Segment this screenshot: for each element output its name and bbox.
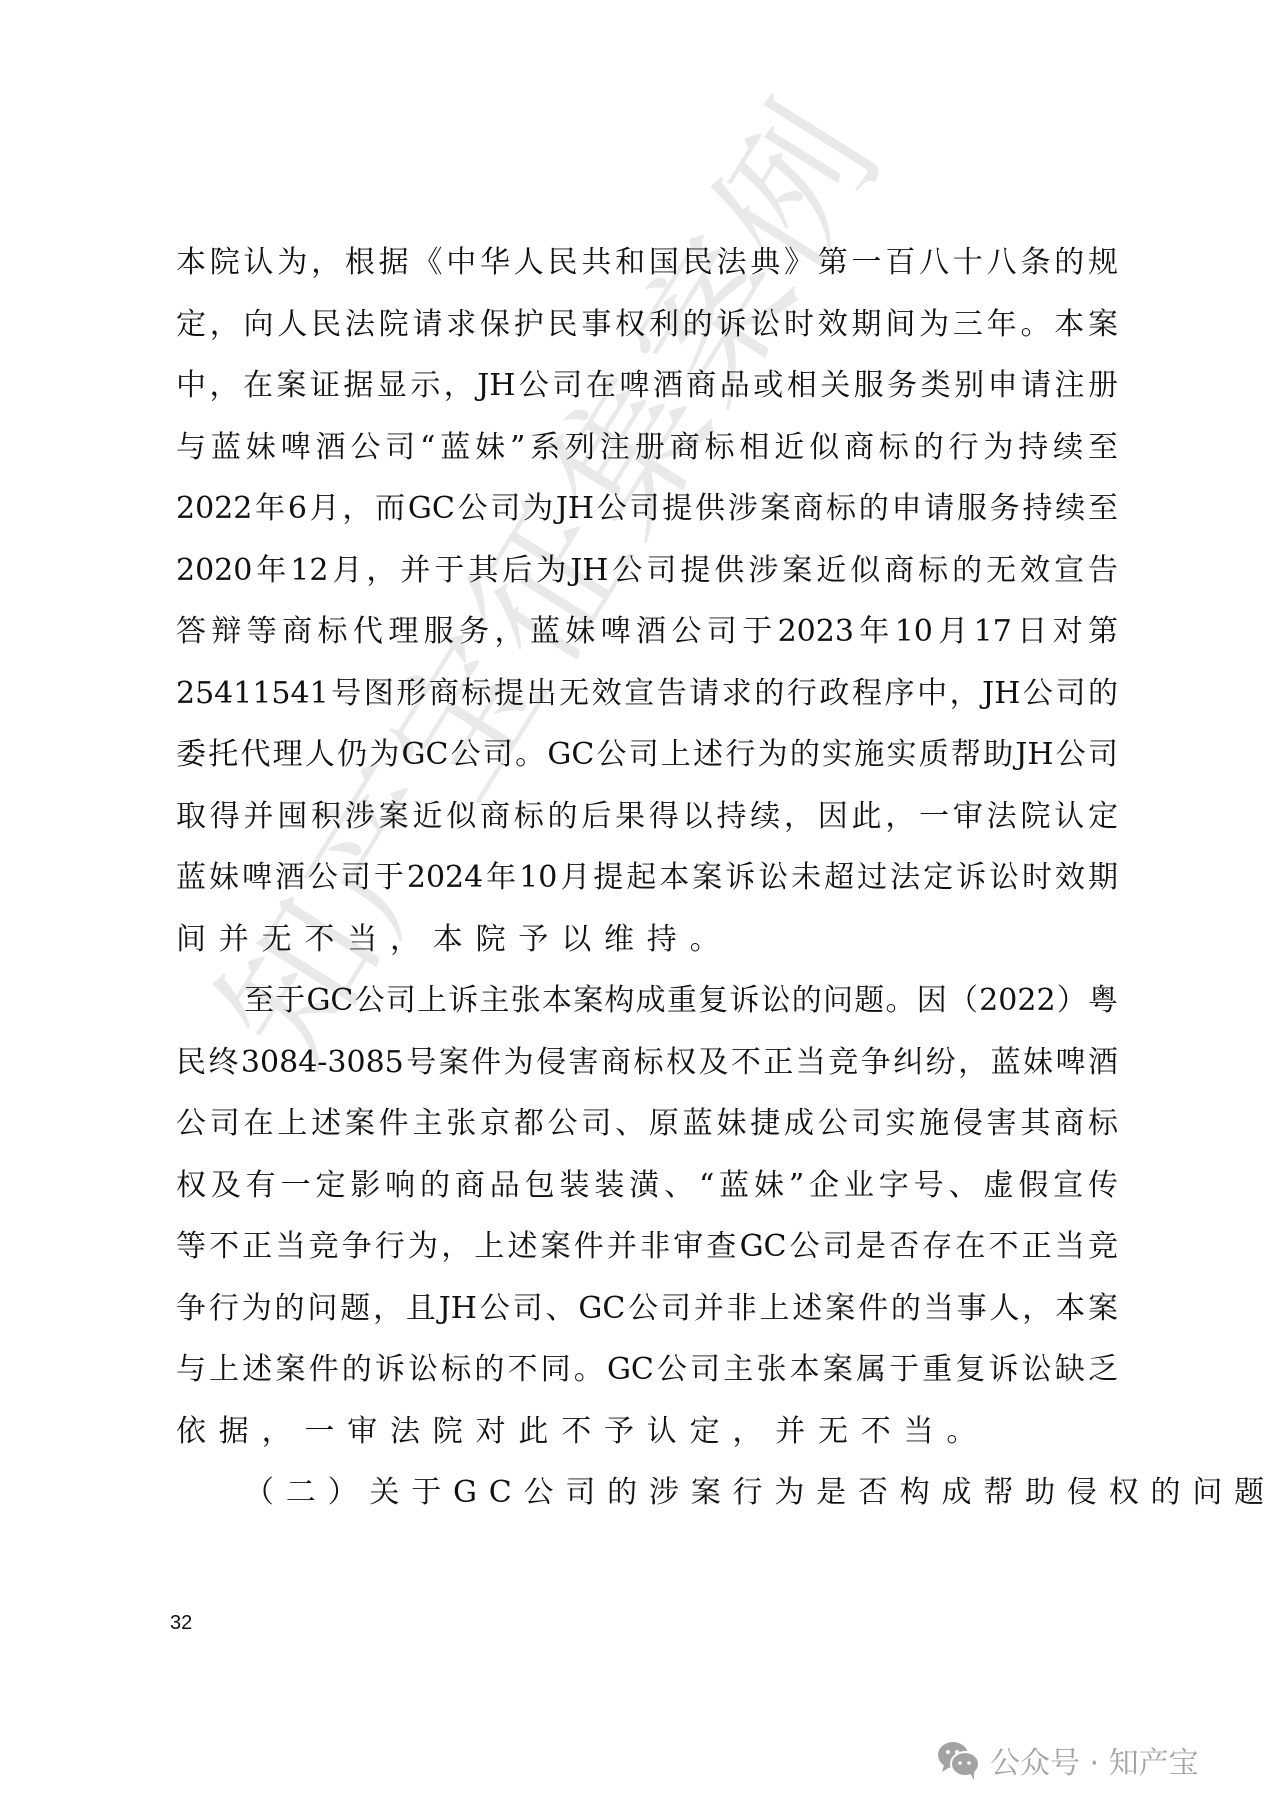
text-line: 2020年12月，并于其后为JH公司提供涉案近似商标的无效宣告 [176,540,1118,602]
document-page: 知产宝征集案例 本院认为，根据《中华人民共和国民法典》第一百八十八条的规 定，向… [0,0,1280,1810]
text-line: 权及有一定影响的商品包装装潢、“蓝妹”企业字号、虚假宣传 [176,1155,1118,1217]
text-line: 间并无不当，本院予以维持。 [176,909,1118,971]
text-line: 公司在上述案件主张京都公司、原蓝妹捷成公司实施侵害其商标 [176,1093,1118,1155]
text-line: 等不正当竞争行为，上述案件并非审查GC公司是否存在不正当竞 [176,1216,1118,1278]
text-line: 本院认为，根据《中华人民共和国民法典》第一百八十八条的规 [176,232,1118,294]
text-line: 定，向人民法院请求保护民事权利的诉讼时效期间为三年。本案 [176,294,1118,356]
footer-brand-text: 公众号 · 知产宝 [990,1738,1199,1782]
page-number: 32 [170,1612,192,1635]
section-heading: （二）关于GC公司的涉案行为是否构成帮助侵权的问题 [244,1462,1276,1524]
text-line: 25411541号图形商标提出无效宣告请求的行政程序中，JH公司的 [176,663,1118,725]
text-line: 2022年6月，而GC公司为JH公司提供涉案商标的申请服务持续至 [176,478,1118,540]
text-line: 答辩等商标代理服务，蓝妹啤酒公司于2023年10月17日对第 [176,601,1118,663]
text-line: 至于GC公司上诉主张本案构成重复诉讼的问题。因（2022）粤 [176,970,1118,1032]
text-line: 与蓝妹啤酒公司“蓝妹”系列注册商标相近似商标的行为持续至 [176,417,1118,479]
paragraph-statute-of-limitations: 本院认为，根据《中华人民共和国民法典》第一百八十八条的规 定，向人民法院请求保护… [176,232,1118,970]
text-line: 中，在案证据显示，JH公司在啤酒商品或相关服务类别申请注册 [176,355,1118,417]
text-line: 争行为的问题，且JH公司、GC公司并非上述案件的当事人，本案 [176,1278,1118,1340]
body-text: 本院认为，根据《中华人民共和国民法典》第一百八十八条的规 定，向人民法院请求保护… [176,232,1118,1462]
text-line: 蓝妹啤酒公司于2024年10月提起本案诉讼未超过法定诉讼时效期 [176,847,1118,909]
text-line: 委托代理人仍为GC公司。GC公司上述行为的实施实质帮助JH公司 [176,724,1118,786]
footer-brand: 公众号 · 知产宝 [936,1738,1199,1782]
text-line: 与上述案件的诉讼标的不同。GC公司主张本案属于重复诉讼缺乏 [176,1339,1118,1401]
text-line: 民终3084-3085号案件为侵害商标权及不正当竞争纠纷，蓝妹啤酒 [176,1032,1118,1094]
text-line: 取得并囤积涉案近似商标的后果得以持续，因此，一审法院认定 [176,786,1118,848]
wechat-icon [936,1739,982,1781]
text-line: 依据，一审法院对此不予认定，并无不当。 [176,1401,1118,1463]
paragraph-repeated-litigation: 至于GC公司上诉主张本案构成重复诉讼的问题。因（2022）粤 民终3084-30… [176,970,1118,1462]
